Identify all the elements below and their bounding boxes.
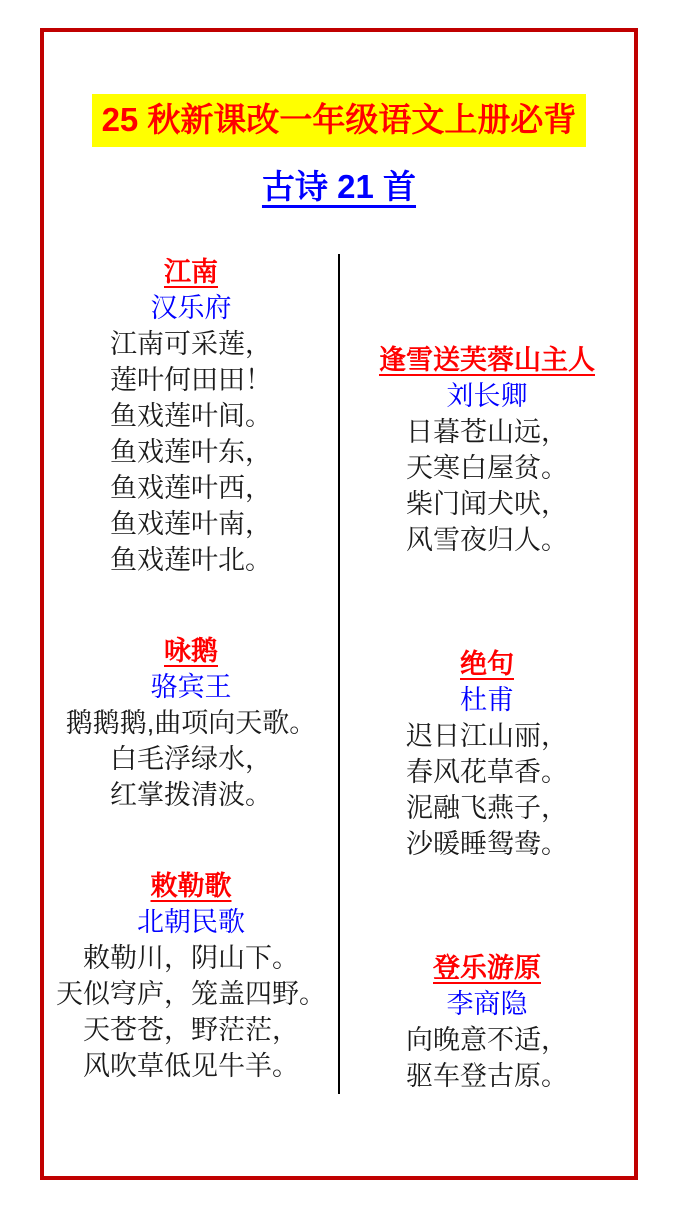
poem-line: 敕勒川，阴山下。 <box>44 940 338 976</box>
poem-line: 柴门闻犬吠， <box>340 486 634 522</box>
poem-line: 驱车登古原。 <box>340 1058 634 1094</box>
poem-line: 鱼戏莲叶东， <box>44 434 338 470</box>
page-header: 25 秋新课改一年级语文上册必背 古诗 21 首 <box>44 94 634 208</box>
poem-line: 江南可采莲， <box>44 326 338 362</box>
poem-line: 鱼戏莲叶间。 <box>44 398 338 434</box>
poem-line: 沙暖睡鸳鸯。 <box>340 826 634 862</box>
poem-line: 莲叶何田田！ <box>44 362 338 398</box>
poem-line: 风雪夜归人。 <box>340 522 634 558</box>
worksheet-page: 25 秋新课改一年级语文上册必背 古诗 21 首 江南 汉乐府 江南可采莲， 莲… <box>0 0 680 1209</box>
poem-title: 绝句 <box>340 646 634 682</box>
poem-line: 天苍苍，野茫茫， <box>44 1012 338 1048</box>
poem-line: 迟日江山丽， <box>340 718 634 754</box>
poem-line: 日暮苍山远， <box>340 414 634 450</box>
poem-author: 刘长卿 <box>340 378 634 414</box>
poem-line: 天寒白屋贫。 <box>340 450 634 486</box>
poem-line: 鱼戏莲叶西， <box>44 470 338 506</box>
poem-line: 天似穹庐，笼盖四野。 <box>44 976 338 1012</box>
poem-title: 登乐游原 <box>340 950 634 986</box>
page-subtitle: 古诗 21 首 <box>44 161 634 208</box>
poem-line: 白毛浮绿水， <box>44 741 338 777</box>
poem-title: 江南 <box>44 254 338 290</box>
page-title: 25 秋新课改一年级语文上册必背 <box>92 94 587 147</box>
right-column: 逢雪送芙蓉山主人 刘长卿 日暮苍山远， 天寒白屋贫。 柴门闻犬吠， 风雪夜归人。… <box>340 254 634 1094</box>
poem-jueju: 绝句 杜甫 迟日江山丽， 春风花草香。 泥融飞燕子， 沙暖睡鸳鸯。 <box>340 646 634 862</box>
poem-author: 北朝民歌 <box>44 904 338 940</box>
poem-author: 汉乐府 <box>44 290 338 326</box>
page-border-frame: 25 秋新课改一年级语文上册必背 古诗 21 首 江南 汉乐府 江南可采莲， 莲… <box>40 28 638 1180</box>
poem-jiangnan: 江南 汉乐府 江南可采莲， 莲叶何田田！ 鱼戏莲叶间。 鱼戏莲叶东， 鱼戏莲叶西… <box>44 254 338 578</box>
poem-line: 红掌拨清波。 <box>44 777 338 813</box>
poem-title: 敕勒歌 <box>44 868 338 904</box>
poem-line: 春风花草香。 <box>340 754 634 790</box>
poem-title: 咏鹅 <box>44 633 338 669</box>
poem-line: 鱼戏莲叶南， <box>44 506 338 542</box>
poem-line: 鹅鹅鹅,曲项向天歌。 <box>44 705 338 741</box>
poem-author: 李商隐 <box>340 986 634 1022</box>
poem-deng-leyouyuan: 登乐游原 李商隐 向晚意不适， 驱车登古原。 <box>340 950 634 1094</box>
poem-columns: 江南 汉乐府 江南可采莲， 莲叶何田田！ 鱼戏莲叶间。 鱼戏莲叶东， 鱼戏莲叶西… <box>44 254 634 1094</box>
left-column: 江南 汉乐府 江南可采莲， 莲叶何田田！ 鱼戏莲叶间。 鱼戏莲叶东， 鱼戏莲叶西… <box>44 254 338 1094</box>
poem-line: 鱼戏莲叶北。 <box>44 542 338 578</box>
poem-chile-ge: 敕勒歌 北朝民歌 敕勒川，阴山下。 天似穹庐，笼盖四野。 天苍苍，野茫茫， 风吹… <box>44 868 338 1084</box>
poem-line: 泥融飞燕子， <box>340 790 634 826</box>
poem-line: 风吹草低见牛羊。 <box>44 1048 338 1084</box>
poem-title: 逢雪送芙蓉山主人 <box>340 342 634 378</box>
poem-author: 骆宾王 <box>44 669 338 705</box>
poem-author: 杜甫 <box>340 682 634 718</box>
poem-yong-e: 咏鹅 骆宾王 鹅鹅鹅,曲项向天歌。 白毛浮绿水， 红掌拨清波。 <box>44 633 338 813</box>
poem-fengxue-song-furong-shan-zhuren: 逢雪送芙蓉山主人 刘长卿 日暮苍山远， 天寒白屋贫。 柴门闻犬吠， 风雪夜归人。 <box>340 342 634 558</box>
poem-line: 向晚意不适， <box>340 1022 634 1058</box>
